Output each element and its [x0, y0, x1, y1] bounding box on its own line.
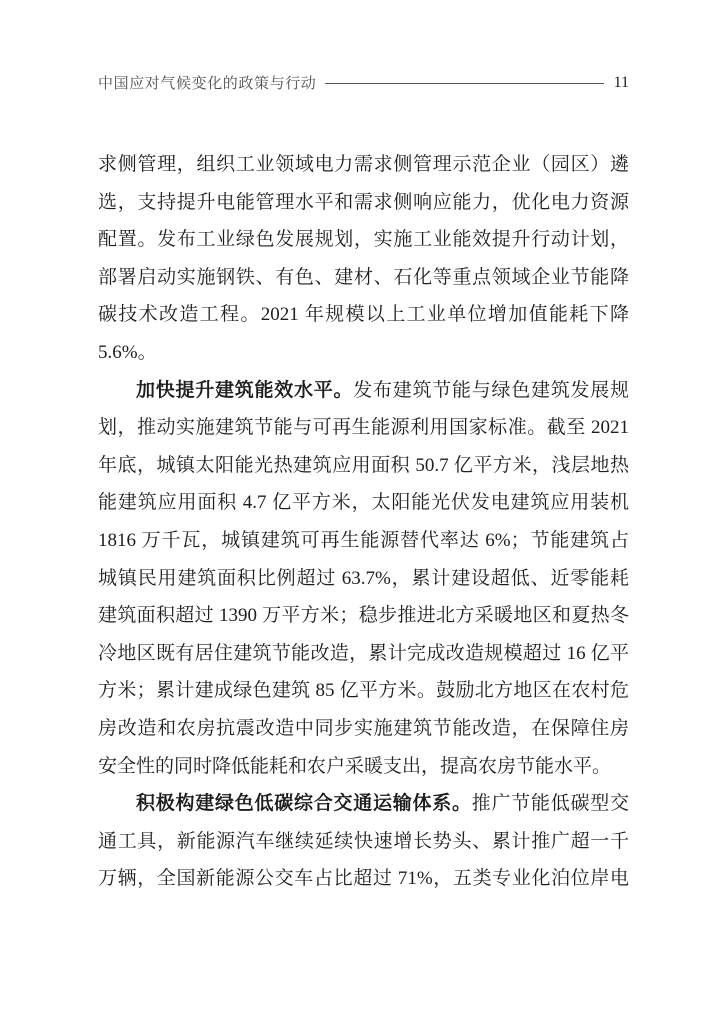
text-line: 加快提升建筑能效水平。发布建筑节能与绿色建筑发展规 — [98, 372, 629, 410]
text-line: 建筑面积超过 1390 万平方米；稳步推进北方采暖地区和夏热冬 — [98, 597, 629, 635]
line-text: 配置。发布工业绿色发展规划，实施工业能效提升行动计划， — [98, 229, 629, 250]
running-header-title: 中国应对气候变化的政策与行动 — [98, 72, 316, 93]
document-body: 求侧管理，组织工业领域电力需求侧管理示范企业（园区）遴选，支持提升电能管理水平和… — [98, 146, 629, 898]
document-page: 中国应对气候变化的政策与行动 11 求侧管理，组织工业领域电力需求侧管理示范企业… — [0, 0, 724, 1023]
line-text: 推广节能低碳型交 — [472, 793, 629, 814]
header-rule — [325, 83, 603, 84]
text-line: 万辆，全国新能源公交车占比超过 71%，五类专业化泊位岸电 — [98, 860, 629, 898]
text-line: 房改造和农房抗震改造中同步实施建筑节能改造，在保障住房 — [98, 710, 629, 748]
text-line: 能建筑应用面积 4.7 亿平方米，太阳能光伏发电建筑应用装机 — [98, 484, 629, 522]
text-line: 求侧管理，组织工业领域电力需求侧管理示范企业（园区）遴 — [98, 146, 629, 184]
line-text: 城镇民用建筑面积比例超过 63.7%，累计建设超低、近零能耗 — [98, 568, 629, 589]
line-text: 建筑面积超过 1390 万平方米；稳步推进北方采暖地区和夏热冬 — [98, 605, 629, 626]
paragraph-lead-bold: 加快提升建筑能效水平。 — [136, 380, 353, 401]
text-line: 选，支持提升电能管理水平和需求侧响应能力，优化电力资源 — [98, 184, 629, 222]
line-text: 通工具，新能源汽车继续延续快速增长势头、累计推广超一千 — [98, 831, 629, 852]
line-text: 安全性的同时降低能耗和农户采暖支出，提高农房节能水平。 — [98, 756, 611, 777]
line-text: 房改造和农房抗震改造中同步实施建筑节能改造，在保障住房 — [98, 718, 629, 739]
text-line: 冷地区既有居住建筑节能改造，累计完成改造规模超过 16 亿平 — [98, 635, 629, 673]
text-line: 配置。发布工业绿色发展规划，实施工业能效提升行动计划， — [98, 221, 629, 259]
line-text: 能建筑应用面积 4.7 亿平方米，太阳能光伏发电建筑应用装机 — [98, 492, 629, 513]
line-text: 方米；累计建成绿色建筑 85 亿平方米。鼓励北方地区在农村危 — [98, 680, 629, 701]
line-text: 求侧管理，组织工业领域电力需求侧管理示范企业（园区）遴 — [98, 154, 629, 175]
line-text: 部署启动实施钢铁、有色、建材、石化等重点领域企业节能降 — [98, 267, 629, 288]
line-text: 碳技术改造工程。2021 年规模以上工业单位增加值能耗下降 — [98, 304, 629, 325]
text-line: 1816 万千瓦，城镇建筑可再生能源替代率达 6%；节能建筑占 — [98, 522, 629, 560]
text-line: 部署启动实施钢铁、有色、建材、石化等重点领域企业节能降 — [98, 259, 629, 297]
text-line: 方米；累计建成绿色建筑 85 亿平方米。鼓励北方地区在农村危 — [98, 672, 629, 710]
text-line: 积极构建绿色低碳综合交通运输体系。推广节能低碳型交 — [98, 785, 629, 823]
text-line: 5.6%。 — [98, 334, 629, 372]
line-text: 5.6%。 — [98, 342, 157, 363]
text-line: 划，推动实施建筑节能与可再生能源利用国家标准。截至 2021 — [98, 409, 629, 447]
text-line: 碳技术改造工程。2021 年规模以上工业单位增加值能耗下降 — [98, 296, 629, 334]
page-header: 中国应对气候变化的政策与行动 11 — [98, 72, 629, 93]
line-text: 选，支持提升电能管理水平和需求侧响应能力，优化电力资源 — [98, 192, 629, 213]
text-line: 年底，城镇太阳能光热建筑应用面积 50.7 亿平方米，浅层地热 — [98, 447, 629, 485]
page-number: 11 — [614, 74, 629, 92]
line-text: 冷地区既有居住建筑节能改造，累计完成改造规模超过 16 亿平 — [98, 643, 629, 664]
paragraph-lead-bold: 积极构建绿色低碳综合交通运输体系。 — [136, 793, 472, 814]
text-line: 城镇民用建筑面积比例超过 63.7%，累计建设超低、近零能耗 — [98, 560, 629, 598]
line-text: 划，推动实施建筑节能与可再生能源利用国家标准。截至 2021 — [98, 417, 629, 438]
line-text: 年底，城镇太阳能光热建筑应用面积 50.7 亿平方米，浅层地热 — [98, 455, 629, 476]
text-line: 通工具，新能源汽车继续延续快速增长势头、累计推广超一千 — [98, 823, 629, 861]
line-text: 万辆，全国新能源公交车占比超过 71%，五类专业化泊位岸电 — [98, 868, 629, 889]
line-text: 发布建筑节能与绿色建筑发展规 — [353, 380, 629, 401]
text-line: 安全性的同时降低能耗和农户采暖支出，提高农房节能水平。 — [98, 748, 629, 786]
line-text: 1816 万千瓦，城镇建筑可再生能源替代率达 6%；节能建筑占 — [98, 530, 629, 551]
